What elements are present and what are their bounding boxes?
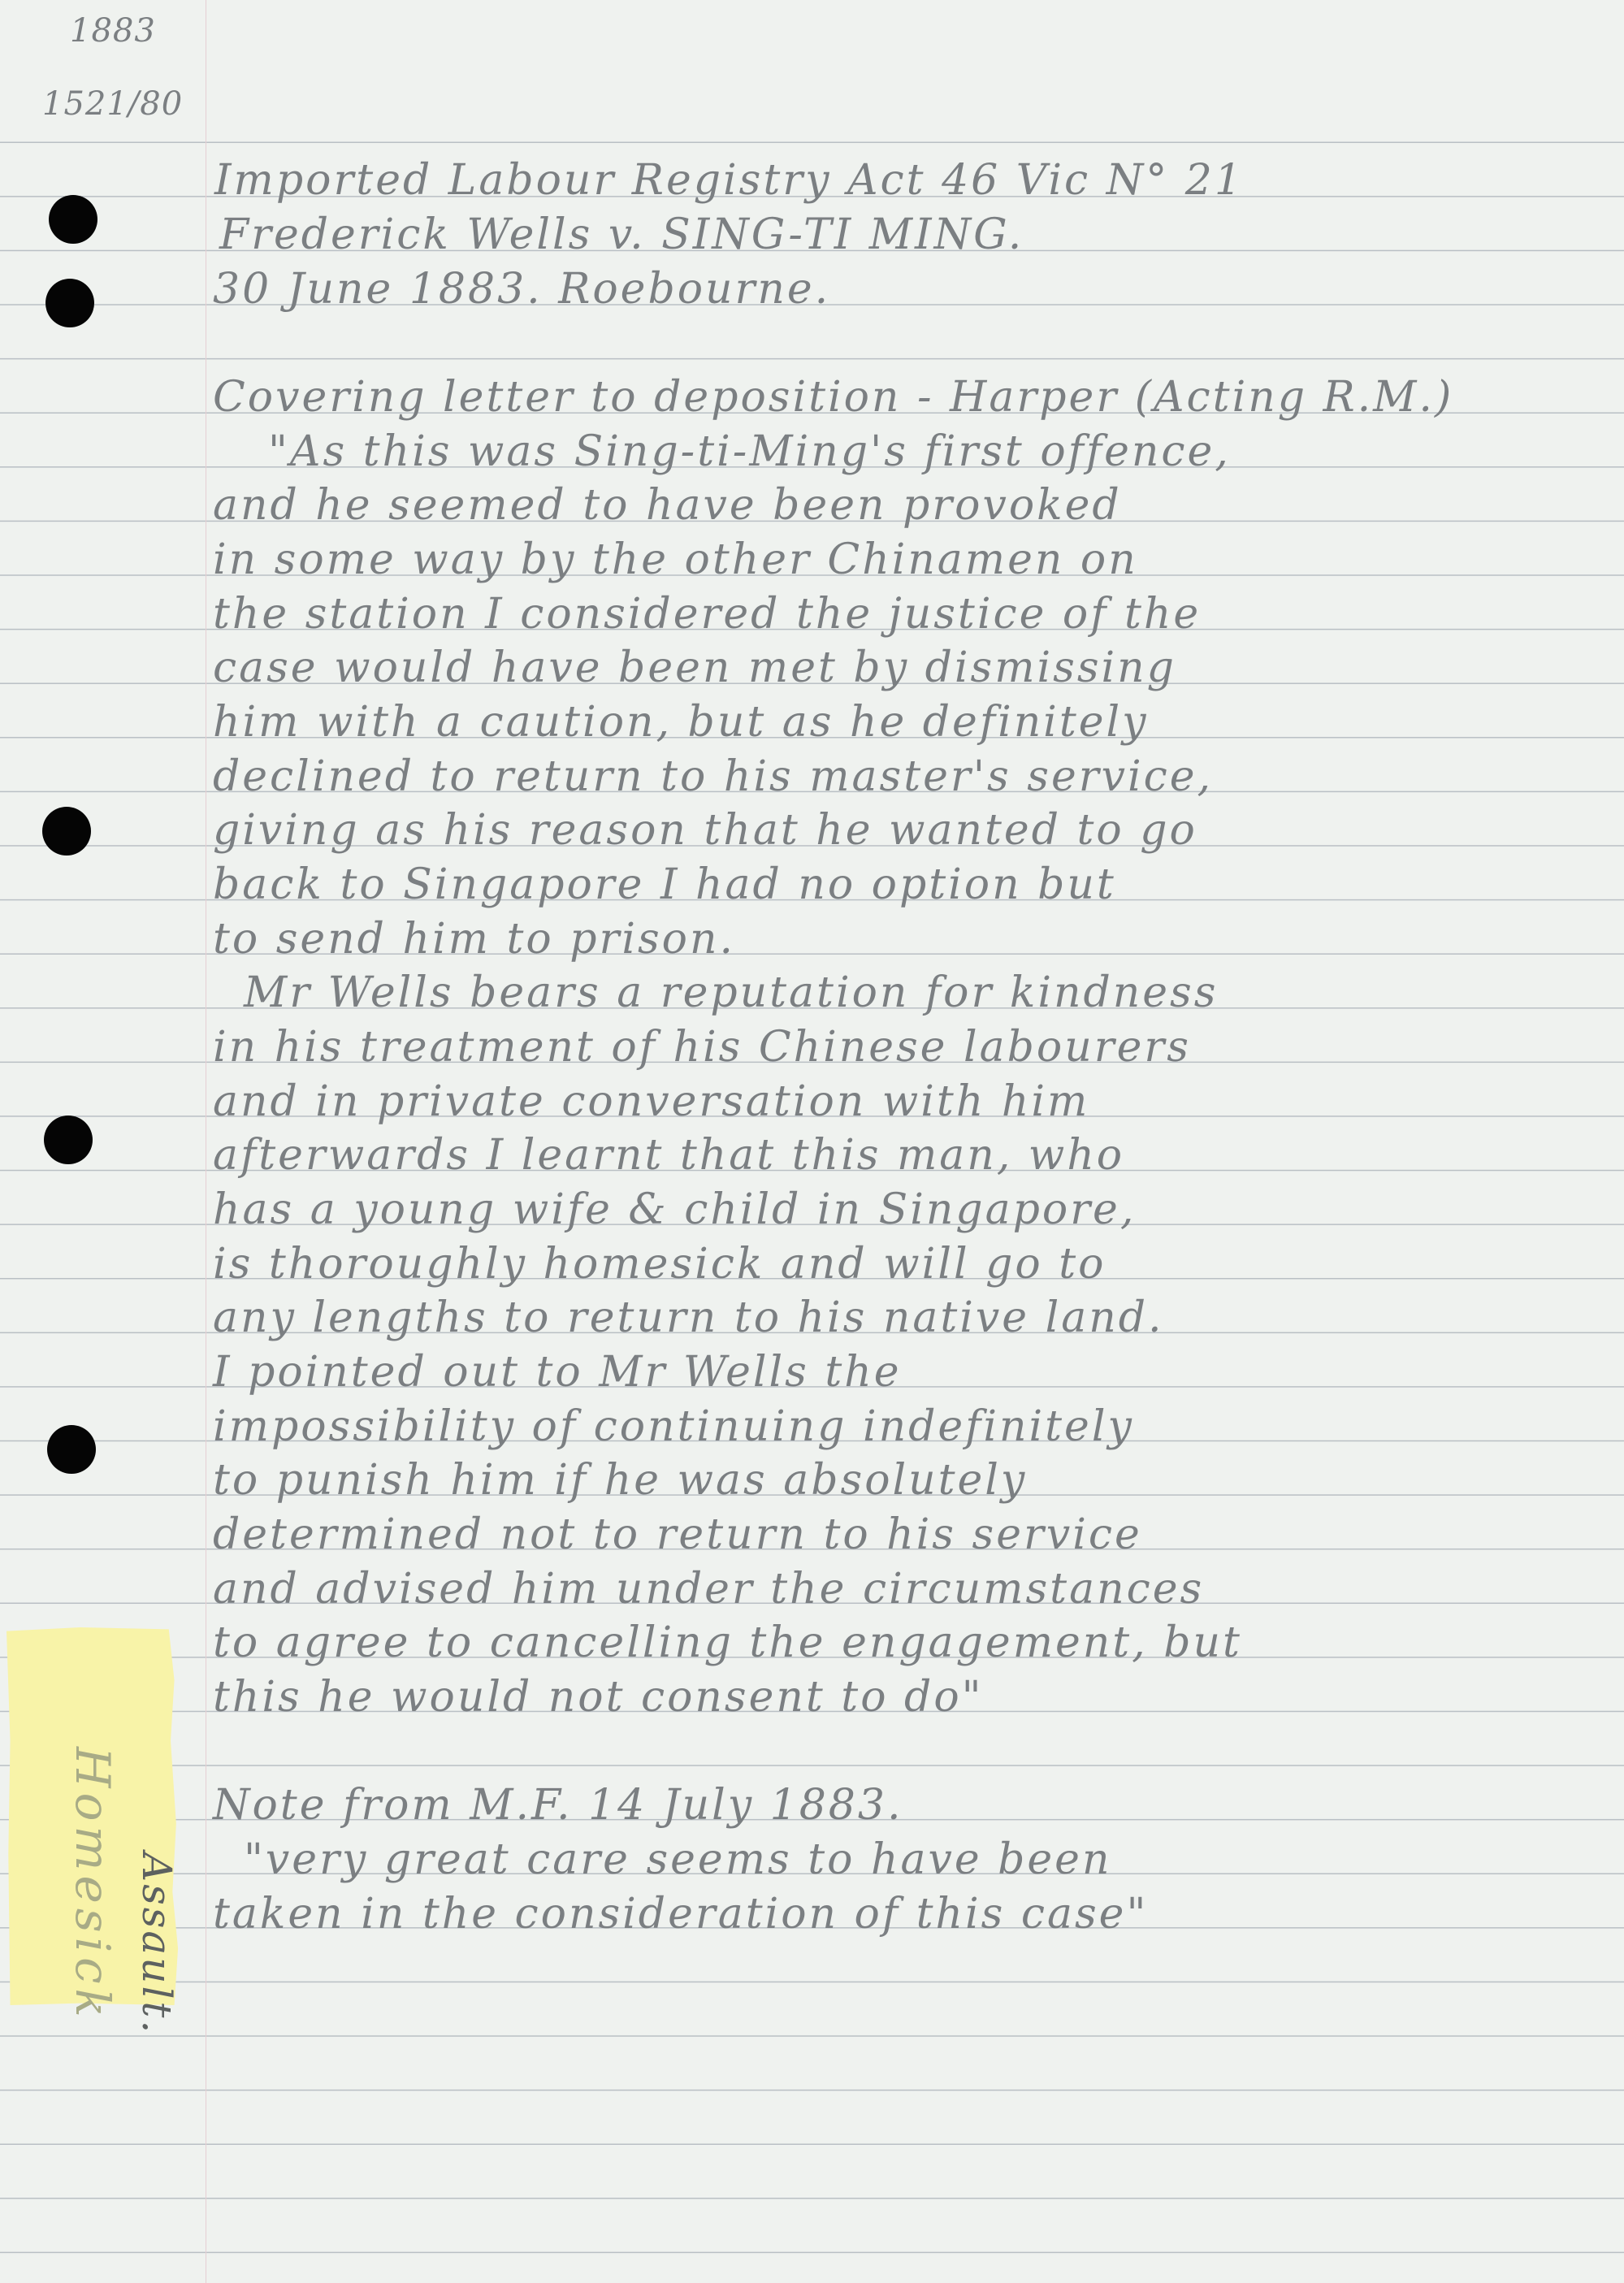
- body-line: in his treatment of his Chinese labourer…: [213, 1026, 1191, 1068]
- body-line: determined not to return to his service: [213, 1514, 1142, 1556]
- body-line: in some way by the other Chinamen on: [213, 539, 1138, 581]
- body-line: I pointed out to Mr Wells the: [213, 1351, 901, 1393]
- body-line: any lengths to return to his native land…: [213, 1297, 1164, 1339]
- note-heading: Note from M.F. 14 July 1883.: [213, 1784, 903, 1826]
- body-line: and advised him under the circumstances: [213, 1568, 1204, 1610]
- header-date-place: 30 June 1883. Roebourne.: [213, 268, 830, 310]
- sticky-note-homesick: Homesick: [65, 1747, 120, 2022]
- header-act: Imported Labour Registry Act 46 Vic N° 2…: [214, 159, 1244, 201]
- body-line: the station I considered the justice of …: [213, 593, 1201, 635]
- note-line: taken in the consideration of this case": [213, 1893, 1148, 1935]
- body-line: to agree to cancelling the engagement, b…: [213, 1622, 1242, 1664]
- header-case: Frederick Wells v. SING-TI MING.: [219, 214, 1024, 256]
- body-line: "As this was Sing-ti-Ming's first offenc…: [268, 431, 1231, 473]
- body-line: declined to return to his master's servi…: [213, 756, 1213, 798]
- body-line: and in private conversation with him: [213, 1081, 1089, 1123]
- body-line: this he would not consent to do": [213, 1676, 984, 1718]
- body-line: to send him to prison.: [213, 918, 735, 960]
- body-line: to punish him if he was absolutely: [213, 1459, 1027, 1501]
- punch-hole-icon: [44, 1116, 93, 1164]
- page-header-area: [0, 0, 1624, 122]
- body-line: is thoroughly homesick and will go to: [213, 1243, 1106, 1285]
- body-line: giving as his reason that he wanted to g…: [213, 809, 1197, 851]
- punch-hole-icon: [42, 807, 91, 856]
- sticky-note-assault: Assault.: [133, 1852, 180, 2035]
- punch-hole-icon: [45, 279, 94, 327]
- body-line: back to Singapore I had no option but: [213, 864, 1116, 906]
- body-line: Mr Wells bears a reputation for kindness: [244, 972, 1218, 1014]
- body-line: impossibility of continuing indefinitely: [213, 1406, 1134, 1448]
- body-line: afterwards I learnt that this man, who: [213, 1134, 1124, 1176]
- punch-hole-icon: [49, 195, 97, 244]
- reference-file-number: 1521/80: [42, 88, 183, 120]
- reference-year: 1883: [70, 15, 156, 47]
- body-line: Covering letter to deposition - Harper (…: [213, 376, 1453, 418]
- body-line: case would have been met by dismissing: [213, 647, 1176, 689]
- body-line: and he seemed to have been provoked: [213, 484, 1122, 526]
- body-line: has a young wife & child in Singapore,: [213, 1189, 1136, 1231]
- margin-rule: [206, 0, 206, 2283]
- body-line: him with a caution, but as he definitely: [213, 701, 1149, 743]
- note-line: "very great care seems to have been: [244, 1839, 1111, 1881]
- punch-hole-icon: [47, 1425, 96, 1474]
